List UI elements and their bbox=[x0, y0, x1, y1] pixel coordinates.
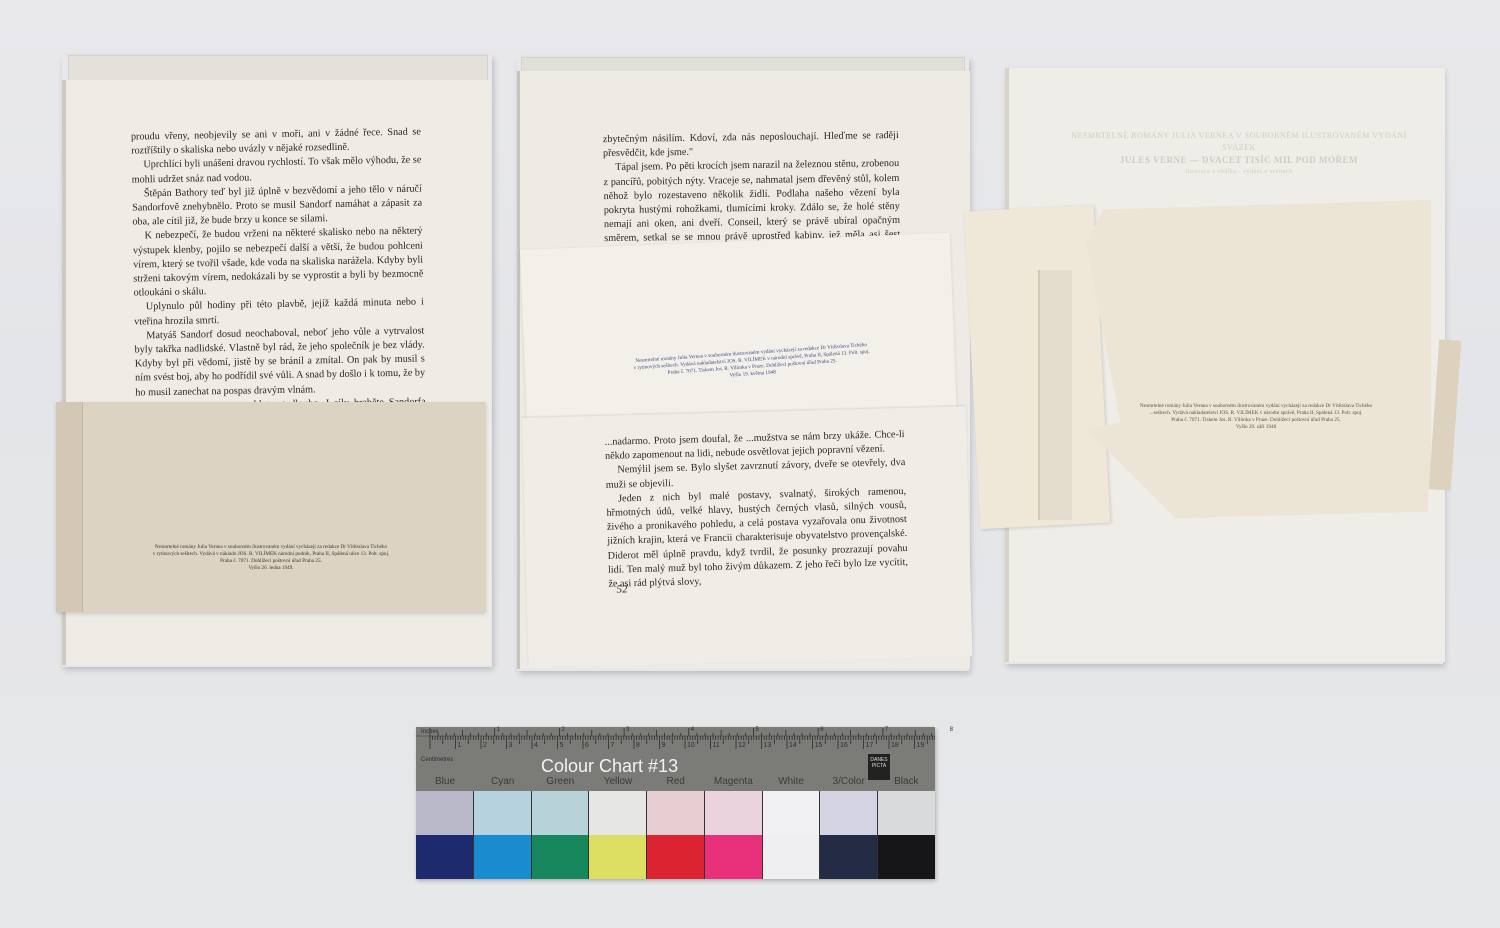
cm-tick-label: 10 bbox=[687, 742, 695, 749]
middle-band-lower-flap: ...nadarmo. Proto jsem doufal, že ...muž… bbox=[522, 406, 972, 668]
swatch-label: Yellow bbox=[589, 776, 647, 787]
swatch-light bbox=[416, 791, 473, 835]
inch-tick-label: 7 bbox=[885, 727, 888, 733]
swatch-light bbox=[878, 791, 935, 835]
cm-tick-label: 6 bbox=[585, 742, 589, 749]
swatch-red bbox=[646, 791, 704, 879]
swatch-white bbox=[762, 791, 820, 879]
cm-tick-label: 15 bbox=[815, 742, 823, 749]
swatch-labels: BlueCyanGreenYellowRedMagentaWhite3/Colo… bbox=[416, 776, 935, 790]
swatch-label: White bbox=[762, 776, 820, 787]
swatch-yellow bbox=[588, 791, 646, 879]
right-folio-faint-title: NESMRTELNÉ ROMÁNY JULIA VERNEA V SOUBORN… bbox=[1069, 130, 1409, 178]
cm-tick-label: 14 bbox=[789, 742, 797, 749]
swatch-light bbox=[474, 791, 531, 835]
left-wrapper-band: Nesmrtelné romány Julia Vernea v souborn… bbox=[56, 402, 486, 612]
swatch-label: Green bbox=[531, 776, 589, 787]
band-fold bbox=[56, 402, 83, 612]
band-flap-upper bbox=[520, 233, 957, 430]
swatch-light bbox=[820, 791, 877, 835]
paragraph: K nebezpečí, že budou vrženi na některé … bbox=[133, 225, 424, 301]
cm-tick-label: 17 bbox=[866, 742, 874, 749]
ruler-cm-label: Centimetres bbox=[421, 757, 453, 763]
cm-tick-label: 8 bbox=[636, 742, 640, 749]
right-band-imprint: Nesmrtelné romány Julia Vernea v souborn… bbox=[1106, 403, 1406, 431]
paragraph: Jeden z nich byl malé postavy, svalnatý,… bbox=[606, 485, 908, 592]
swatch-3-color bbox=[819, 791, 877, 879]
cm-tick-label: 16 bbox=[840, 742, 848, 749]
swatch-label: Magenta bbox=[704, 776, 762, 787]
tissue-spine-strip bbox=[1038, 270, 1072, 520]
swatch-dark bbox=[820, 835, 877, 879]
inch-tick-label: 8 bbox=[950, 727, 953, 733]
swatch-label: Black bbox=[877, 776, 935, 787]
cm-tick-label: 12 bbox=[738, 742, 746, 749]
swatch-dark bbox=[474, 835, 531, 879]
swatch-light bbox=[532, 791, 589, 835]
paragraph: Matyáš Sandorf dosud neochaboval, neboť … bbox=[134, 324, 425, 400]
paragraph: zbytečným násilím. Kdoví, zda nás neposl… bbox=[603, 129, 899, 162]
swatch-light bbox=[589, 791, 646, 835]
swatch-cyan bbox=[473, 791, 531, 879]
tissue-torn-edge bbox=[1429, 339, 1461, 490]
swatch-light bbox=[647, 791, 704, 835]
cm-tick-label: 13 bbox=[764, 742, 772, 749]
swatch-green bbox=[531, 791, 589, 879]
cm-tick-label: 1 bbox=[458, 742, 462, 749]
swatch-label: 3/Color bbox=[820, 776, 878, 787]
right-wrapper-band: Nesmrtelné romány Julia Vernea v souborn… bbox=[968, 200, 1468, 530]
swatch-black bbox=[877, 791, 935, 879]
cm-tick-label: 2 bbox=[483, 742, 487, 749]
cm-tick-label: 9 bbox=[662, 742, 666, 749]
cm-tick-label: 7 bbox=[611, 742, 615, 749]
inch-tick-label: 1 bbox=[497, 727, 500, 733]
swatch-dark bbox=[416, 835, 473, 879]
paragraph: Štěpán Bathory teď byl již úplně v bezvě… bbox=[132, 182, 423, 230]
chart-title: Colour Chart #13 bbox=[541, 756, 678, 777]
swatch-label: Blue bbox=[416, 776, 474, 787]
swatch-dark bbox=[878, 835, 935, 879]
swatch-magenta bbox=[704, 791, 762, 879]
cm-tick-label: 18 bbox=[891, 742, 899, 749]
inch-tick-label: 4 bbox=[691, 727, 694, 733]
cm-tick-label: 19 bbox=[917, 742, 925, 749]
inch-tick-label: 5 bbox=[756, 727, 759, 733]
swatch-row bbox=[416, 791, 935, 879]
cm-tick-label: 11 bbox=[713, 742, 720, 749]
swatch-dark bbox=[532, 835, 589, 879]
swatch-dark bbox=[589, 835, 646, 879]
colour-chart: Inches Centimetres 12345678 123456789101… bbox=[416, 727, 935, 879]
middle-folio-lower-text: ...nadarmo. Proto jsem doufal, že ...muž… bbox=[604, 428, 908, 592]
swatch-label: Red bbox=[647, 776, 705, 787]
swatch-label: Cyan bbox=[474, 776, 532, 787]
swatch-light bbox=[763, 791, 820, 835]
swatch-light bbox=[705, 791, 762, 835]
inch-tick-label: 3 bbox=[626, 727, 629, 733]
ruler-inches-label: Inches bbox=[421, 729, 439, 735]
inch-tick-label: 2 bbox=[561, 727, 564, 733]
left-band-imprint: Nesmrtelné romány Julia Vernea v souborn… bbox=[106, 544, 436, 572]
swatch-dark bbox=[763, 835, 820, 879]
inch-tick-label: 6 bbox=[820, 727, 823, 733]
page-number: 52 bbox=[616, 583, 627, 595]
swatch-dark bbox=[705, 835, 762, 879]
swatch-blue bbox=[416, 791, 473, 879]
cm-tick-label: 3 bbox=[509, 742, 513, 749]
swatch-dark bbox=[647, 835, 704, 879]
cm-tick-label: 4 bbox=[534, 742, 538, 749]
cm-tick-label: 5 bbox=[560, 742, 564, 749]
tissue-main-sheet bbox=[1086, 200, 1431, 518]
